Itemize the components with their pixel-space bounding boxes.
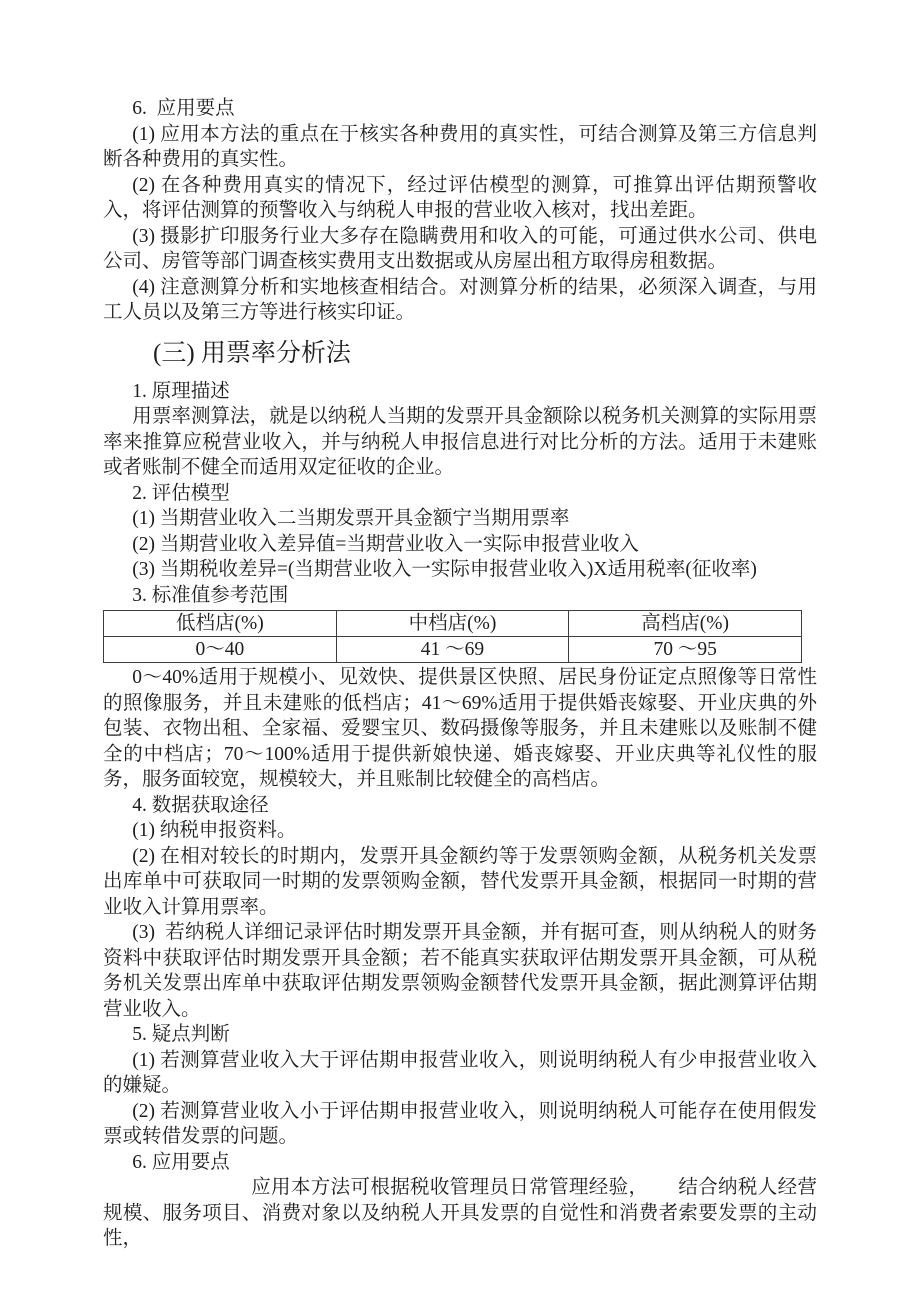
paragraph: 0～40%适用于规模小、见效快、提供景区快照、居民身份证定点照像等日常性的照像服… [103, 665, 817, 793]
paragraph: (1) 当期营业收入二当期发票开具金额宁当期用票率 [103, 506, 817, 532]
paragraph: (3) 若纳税人详细记录评估时期发票开具金额，并有据可查，则从纳税人的财务资料中… [103, 920, 817, 1022]
paragraph: 2. 评估模型 [103, 481, 817, 507]
paragraph: (3) 摄影扩印服务行业大多存在隐瞒费用和收入的可能，可通过供水公司、供电公司、… [103, 224, 817, 275]
section-application-points: 6. 应用要点(1) 应用本方法的重点在于核实各种费用的真实性，可结合测算及第三… [103, 96, 817, 326]
table-cell: 0～40 [104, 637, 337, 663]
table-cell: 41 ～69 [336, 637, 569, 663]
paragraph: (2) 若测算营业收入小于评估期申报营业收入，则说明纳税人可能存在使用假发票或转… [103, 1099, 817, 1150]
paragraph: (4) 注意测算分析和实地核查相结合。对测算分析的结果，必须深入调查，与用工人员… [103, 275, 817, 326]
table-header-cell: 中档店(%) [336, 611, 569, 637]
paragraph: (1) 纳税申报资料。 [103, 818, 817, 844]
table-header-row: 低档店(%)中档店(%)高档店(%) [104, 611, 802, 637]
paragraph: 用票率测算法，就是以纳税人当期的发票开具金额除以税务机关测算的实际用票率来推算应… [103, 404, 817, 481]
table-header-cell: 高档店(%) [569, 611, 802, 637]
paragraph: (3) 当期税收差异=(当期营业收入一实际申报营业收入)X适用税率(征收率) [103, 557, 817, 583]
paragraph: 应用本方法可根据税收管理员日常管理经验， 结合纳税人经营规模、服务项目、消费对象… [103, 1175, 817, 1252]
document-page: 6. 应用要点(1) 应用本方法的重点在于核实各种费用的真实性，可结合测算及第三… [0, 0, 920, 1303]
section-principle-and-model: 1. 原理描述用票率测算法，就是以纳税人当期的发票开具金额除以税务机关测算的实际… [103, 379, 817, 609]
paragraph: 6. 应用要点 [103, 1150, 817, 1176]
table-cell: 70 ～95 [569, 637, 802, 663]
section-data-sources-and-judgement: 0～40%适用于规模小、见效快、提供景区快照、居民身份证定点照像等日常性的照像服… [103, 665, 817, 1252]
paragraph: (1) 若测算营业收入大于评估期申报营业收入，则说明纳税人有少申报营业收入的嫌疑… [103, 1048, 817, 1099]
table-row: 0～4041 ～6970 ～95 [104, 637, 802, 663]
section-heading: (三) 用票率分析法 [103, 335, 817, 373]
paragraph: 4. 数据获取途径 [103, 793, 817, 819]
paragraph: 3. 标准值参考范围 [103, 583, 817, 609]
paragraph: 1. 原理描述 [103, 379, 817, 405]
table-header-cell: 低档店(%) [104, 611, 337, 637]
paragraph: (2) 在相对较长的时期内，发票开具金额约等于发票领购金额，从税务机关发票出库单… [103, 844, 817, 921]
paragraph: 5. 疑点判断 [103, 1022, 817, 1048]
standard-value-reference-table: 低档店(%)中档店(%)高档店(%) 0～4041 ～6970 ～95 [103, 610, 802, 663]
table-body: 0～4041 ～6970 ～95 [104, 637, 802, 663]
table-head: 低档店(%)中档店(%)高档店(%) [104, 611, 802, 637]
document-content: 6. 应用要点(1) 应用本方法的重点在于核实各种费用的真实性，可结合测算及第三… [0, 0, 920, 1252]
paragraph: (2) 当期营业收入差异值=当期营业收入一实际申报营业收入 [103, 532, 817, 558]
paragraph: (1) 应用本方法的重点在于核实各种费用的真实性，可结合测算及第三方信息判断各种… [103, 122, 817, 173]
paragraph: (2) 在各种费用真实的情况下，经过评估模型的测算，可推算出评估期预警收入，将评… [103, 173, 817, 224]
paragraph: 6. 应用要点 [103, 96, 817, 122]
